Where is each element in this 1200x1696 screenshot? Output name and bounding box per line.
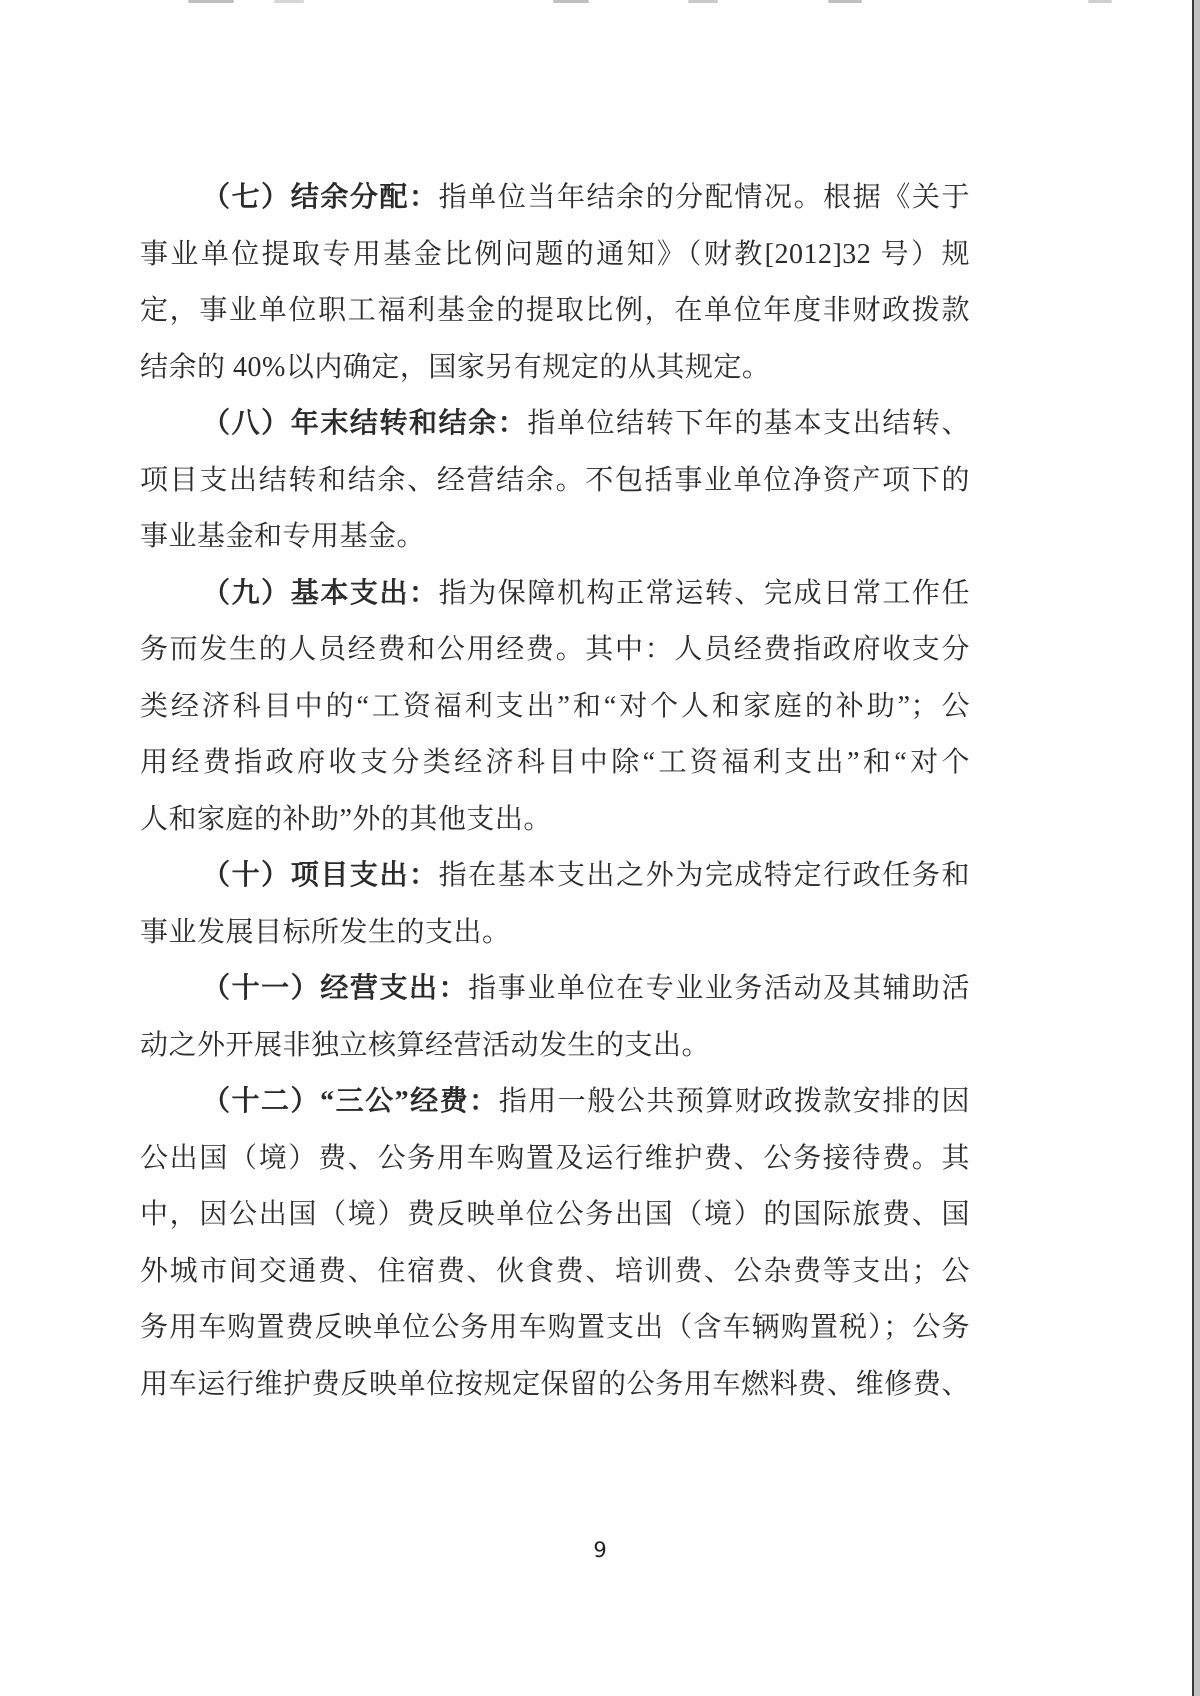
text-line: 项目支出结转和结余、经营结余。不包括事业单位净资产项下的 bbox=[140, 453, 970, 510]
scan-artifact bbox=[688, 0, 718, 3]
paragraph-heading: （十一）经营支出： bbox=[202, 973, 468, 1004]
text-line: 结余的 40%以内确定，国家另有规定的从其规定。 bbox=[140, 340, 970, 397]
scan-edge-line bbox=[1192, 0, 1194, 1696]
paragraph-item-11: （十一）经营支出：指事业单位在专业业务活动及其辅助活 动之外开展非独立核算经营活… bbox=[140, 961, 970, 1074]
text-line: 人和家庭的补助”外的其他支出。 bbox=[140, 792, 970, 849]
paragraph-item-9: （九）基本支出：指为保障机构正常运转、完成日常工作任 务而发生的人员经费和公用经… bbox=[140, 566, 970, 849]
text-run: 指用一般公共预算财政拨款安排的因 bbox=[499, 1086, 970, 1117]
text-line: 事业基金和专用基金。 bbox=[140, 509, 970, 566]
scan-artifact bbox=[1088, 0, 1112, 3]
text-line: 外城市间交通费、住宿费、伙食费、培训费、公杂费等支出；公 bbox=[140, 1244, 970, 1301]
text-line: （八）年末结转和结余：指单位结转下年的基本支出结转、 bbox=[140, 396, 970, 453]
text-line: （十）项目支出：指在基本支出之外为完成特定行政任务和 bbox=[140, 848, 970, 905]
paragraph-heading: （八）年末结转和结余： bbox=[202, 408, 527, 439]
text-line: 务而发生的人员经费和公用经费。其中：人员经费指政府收支分 bbox=[140, 622, 970, 679]
paragraph-item-8: （八）年末结转和结余：指单位结转下年的基本支出结转、 项目支出结转和结余、经营结… bbox=[140, 396, 970, 566]
text-line: 事业发展目标所发生的支出。 bbox=[140, 905, 970, 962]
text-line: （十一）经营支出：指事业单位在专业业务活动及其辅助活 bbox=[140, 961, 970, 1018]
paragraph-item-7: （七）结余分配：指单位当年结余的分配情况。根据《关于 事业单位提取专用基金比例问… bbox=[140, 170, 970, 396]
text-line: 动之外开展非独立核算经营活动发生的支出。 bbox=[140, 1018, 970, 1075]
text-run: 指为保障机构正常运转、完成日常工作任 bbox=[439, 578, 970, 609]
scan-artifact bbox=[553, 0, 589, 3]
text-line: 用车运行维护费反映单位按规定保留的公务用车燃料费、维修费、 bbox=[140, 1357, 970, 1414]
paragraph-item-10: （十）项目支出：指在基本支出之外为完成特定行政任务和 事业发展目标所发生的支出。 bbox=[140, 848, 970, 961]
paragraph-heading: （十）项目支出： bbox=[202, 860, 439, 891]
text-line: 公出国（境）费、公务用车购置及运行维护费、公务接待费。其 bbox=[140, 1131, 970, 1188]
text-line: 定，事业单位职工福利基金的提取比例，在单位年度非财政拨款 bbox=[140, 283, 970, 340]
scan-edge-shade bbox=[1194, 0, 1200, 1696]
text-line: 事业单位提取专用基金比例问题的通知》（财教[2012]32 号）规 bbox=[140, 227, 970, 284]
text-run: 指单位结转下年的基本支出结转、 bbox=[527, 408, 970, 439]
page-number: 9 bbox=[0, 1538, 1200, 1562]
scan-artifact bbox=[274, 0, 304, 3]
paragraph-heading: （十二）“三公”经费： bbox=[202, 1086, 499, 1117]
paragraph-item-12: （十二）“三公”经费：指用一般公共预算财政拨款安排的因 公出国（境）费、公务用车… bbox=[140, 1074, 970, 1413]
text-line: （七）结余分配：指单位当年结余的分配情况。根据《关于 bbox=[140, 170, 970, 227]
scan-artifact bbox=[188, 0, 234, 3]
text-line: （九）基本支出：指为保障机构正常运转、完成日常工作任 bbox=[140, 566, 970, 623]
text-line: 务用车购置费反映单位公务用车购置支出（含车辆购置税）；公务 bbox=[140, 1300, 970, 1357]
text-run: 指单位当年结余的分配情况。根据《关于 bbox=[439, 182, 970, 213]
paragraph-heading: （七）结余分配： bbox=[202, 182, 439, 213]
text-run: 指在基本支出之外为完成特定行政任务和 bbox=[439, 860, 970, 891]
text-line: （十二）“三公”经费：指用一般公共预算财政拨款安排的因 bbox=[140, 1074, 970, 1131]
text-block: （七）结余分配：指单位当年结余的分配情况。根据《关于 事业单位提取专用基金比例问… bbox=[140, 170, 970, 1413]
paragraph-heading: （九）基本支出： bbox=[202, 578, 439, 609]
scan-artifact bbox=[828, 0, 862, 3]
text-line: 中，因公出国（境）费反映单位公务出国（境）的国际旅费、国 bbox=[140, 1187, 970, 1244]
text-line: 类经济科目中的“工资福利支出”和“对个人和家庭的补助”；公 bbox=[140, 679, 970, 736]
document-page: （七）结余分配：指单位当年结余的分配情况。根据《关于 事业单位提取专用基金比例问… bbox=[0, 0, 1200, 1696]
text-run: 指事业单位在专业业务活动及其辅助活 bbox=[468, 973, 970, 1004]
text-line: 用经费指政府收支分类经济科目中除“工资福利支出”和“对个 bbox=[140, 735, 970, 792]
